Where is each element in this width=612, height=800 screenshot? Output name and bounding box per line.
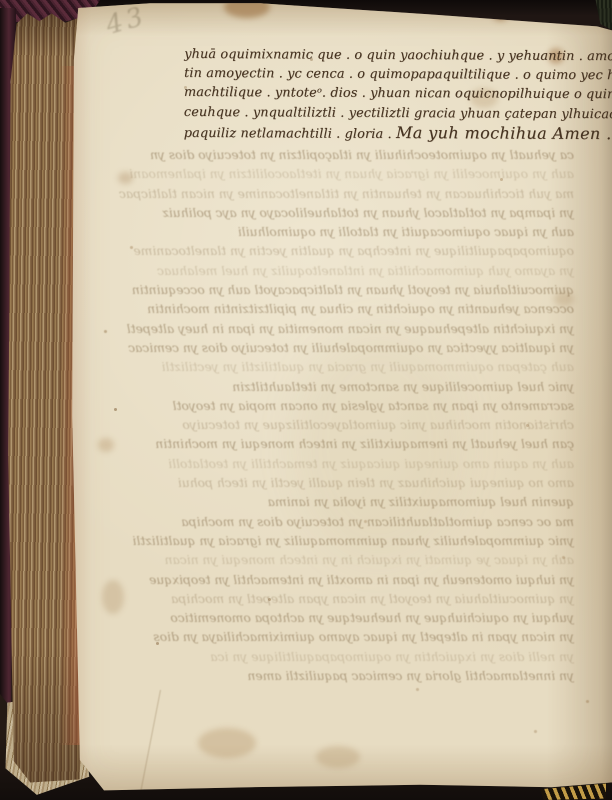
showthrough-line: ma yuh ticchihuacan yn tehuantin yn titl…	[94, 185, 574, 204]
showthrough-line: ynic huel quimocelilique yn sanctome yn …	[94, 378, 574, 397]
fore-edge-page-stack	[6, 12, 82, 784]
handwriting-line: tin amoyectin . yc cenca . o quimopapaqu…	[184, 64, 612, 85]
manuscript-photo: 43 yhuā oquimixnamic que . o quin yaochi…	[0, 0, 612, 800]
handwriting-line: machtilique . yntoteᵒ. dios . yhuan nica…	[184, 83, 612, 104]
manuscript-page: 43 yhuā oquimixnamic que . o quin yaochi…	[64, 0, 612, 800]
showthrough-line: yn quimocuitlahuia yn teoyotl yn nican y…	[94, 590, 574, 609]
handwriting-line: ceuhque . ynqualtiliztli . yectiliztli g…	[184, 102, 612, 123]
showthrough-line: ynic quimmopalehuiliz yhuan quimmomaquil…	[94, 532, 574, 551]
showthrough-line: sacramento yn ipan yn sancta yglesia yn …	[94, 397, 574, 416]
showthrough-line: auh çatepan oquimmomaquili yn gracia yn …	[94, 358, 574, 377]
showthrough-line: yn nelli dios yn ixquichtin yn oquimopap…	[94, 648, 574, 667]
handwriting-line: yhuā oquimixnamic que . o quin yaochiuhq…	[184, 45, 612, 66]
showthrough-line: ca yehuatl yn oquimoteochihuili yn itlaç…	[94, 146, 574, 165]
showthrough-line: auh yn aquin amo quinequi quicaquiz yn t…	[94, 455, 574, 474]
showthrough-line: oquimopapaquiltilique yn intechpa yn qua…	[94, 242, 574, 261]
stain	[316, 746, 360, 768]
showthrough-line: çan huel yehuatl yn inemaquixtiliz yn in…	[94, 435, 574, 454]
handwriting-block: yhuā oquimixnamic que . o quin yaochiuhq…	[184, 45, 612, 145]
showthrough-line: auh yn oquimocelili yn igracia yhuan yn …	[94, 165, 574, 184]
hairline-crease	[139, 690, 161, 800]
showthrough-line: occenca yehuantin yn oquichtin yn cihua …	[94, 300, 574, 319]
stain	[198, 728, 256, 758]
handwriting-line: paquiliz netlamachtilli . gloria . Ma yu…	[184, 122, 612, 145]
showthrough-line: quimocuitlahuia yn teoyotl yhuan yn tlal…	[94, 281, 574, 300]
handwriting-line-fragment: paquiliz netlamachtilli . gloria .	[184, 126, 396, 142]
verso-showthrough: ca yehuatl yn oquimoteochihuili yn itlaç…	[94, 146, 574, 692]
stain	[224, 0, 270, 18]
showthrough-line: yn iuhqui omoteneuh yn ipan in amoxtli y…	[94, 571, 574, 590]
showthrough-line: auh yn iquac ye quimati yn ixquich in yn…	[94, 551, 574, 570]
adjacent-leaves-top-right	[592, 0, 612, 30]
showthrough-line: auh yn iquac oquimocaquiti yn tlatolli y…	[94, 223, 574, 242]
showthrough-line: ma oc cenca quimotlatlauhtilican yn tote…	[94, 513, 574, 532]
showthrough-line: yn ipampa yn totlatlacol yhuan yn totlah…	[94, 204, 574, 223]
stain	[492, 6, 509, 21]
showthrough-line: yn iqualtica yyectica yn oquimmopalehuil…	[94, 339, 574, 358]
showthrough-line: yuhqui yn oquichiuhque yn huehuetque yn …	[94, 609, 574, 628]
showthrough-line: christianotin mochihua ynic quimotlayeco…	[94, 416, 574, 435]
showthrough-line: yn ixquichtin altepehuaque yn nican mone…	[94, 320, 574, 339]
showthrough-line: yn innetlamachtil gloria yn cemicac paqu…	[94, 667, 574, 686]
showthrough-line: quenin huel quimomaquixtiliz yn iyolia y…	[94, 493, 574, 512]
showthrough-line: yn nican ypan in altepetl yn iquac ayamo…	[94, 628, 574, 647]
showthrough-line: yn ayamo yuh quimomachiltia yn intlanelt…	[94, 262, 574, 281]
erased-folio-number: 43	[103, 1, 151, 41]
closing-formula: Ma yuh mochihua Amen .	[396, 123, 612, 143]
showthrough-line: amo no quinequi quichihuaz yn tlein qual…	[94, 474, 574, 493]
